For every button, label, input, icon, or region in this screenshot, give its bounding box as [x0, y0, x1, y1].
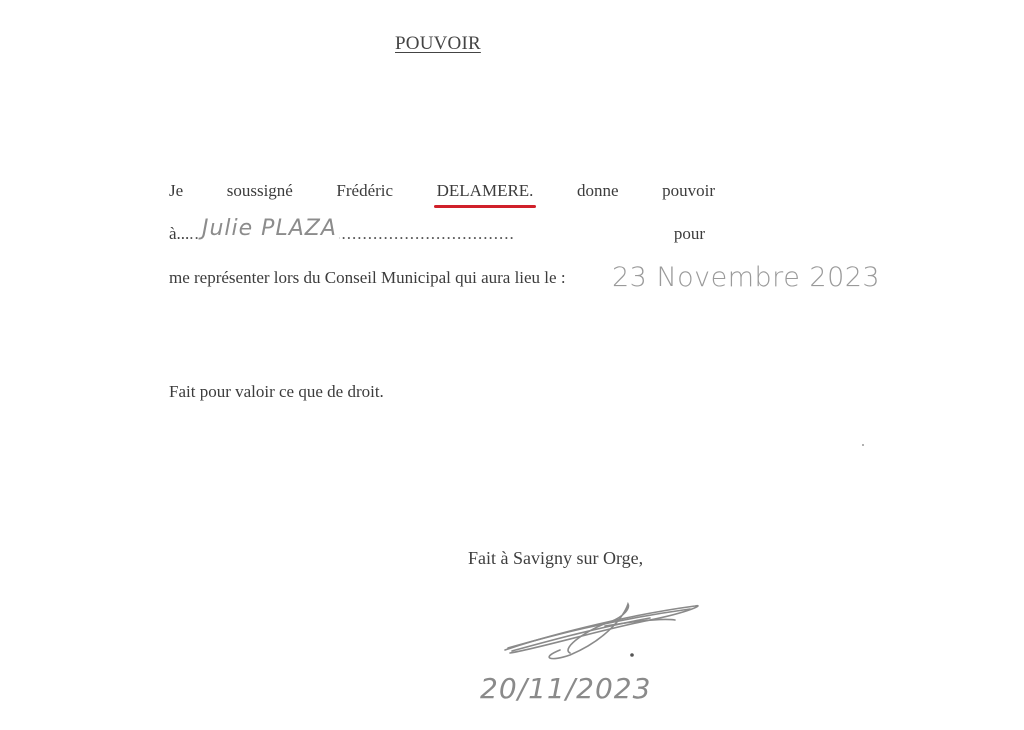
- document-title: POUVOIR: [395, 33, 481, 55]
- word-pouvoir: pouvoir: [662, 181, 715, 201]
- signature-scribble-icon: [500, 598, 705, 663]
- word-donne: donne: [577, 181, 619, 201]
- handwritten-proxy-name: Julie PLAZA: [200, 216, 339, 241]
- word-je: Je: [169, 181, 183, 201]
- handwritten-meeting-date: 23 Novembre 2023: [612, 262, 880, 293]
- red-underline-annotation: [434, 205, 537, 208]
- highlighted-surname: DELAMERE.: [437, 181, 534, 201]
- place-of-signature: Fait à Savigny sur Orge,: [468, 548, 643, 569]
- closing-statement: Fait pour valoir ce que de droit.: [169, 382, 384, 402]
- word-pour: pour: [674, 224, 705, 244]
- proxy-prefix: à...: [169, 224, 189, 244]
- declaration-line: Je soussigné Frédéric DELAMERE. donne po…: [169, 181, 715, 201]
- scan-speck: [862, 444, 864, 446]
- first-name: Frédéric: [336, 181, 393, 201]
- word-soussigne: soussigné: [227, 181, 293, 201]
- representation-line: me représenter lors du Conseil Municipal…: [169, 268, 566, 288]
- handwritten-signature-date: 20/11/2023: [480, 672, 651, 705]
- surname-text: DELAMERE.: [437, 181, 534, 200]
